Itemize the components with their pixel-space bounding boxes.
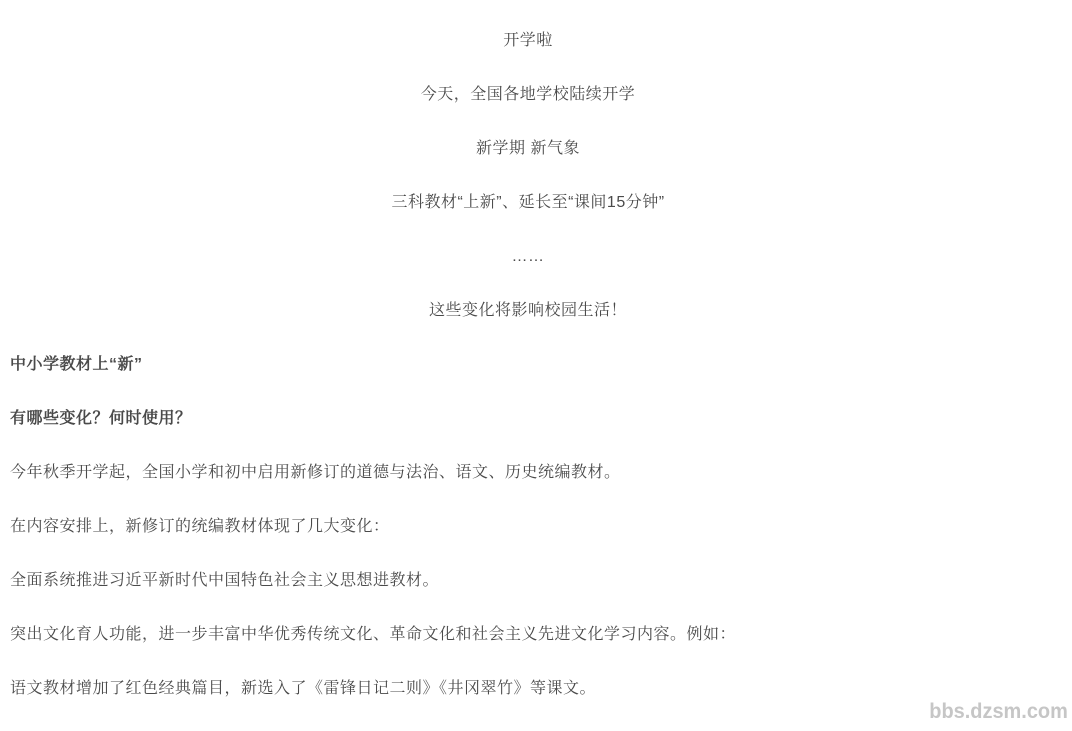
intro-line: 三科教材“上新”、延长至“课间15分钟” [10,191,1046,215]
body-paragraph: 语文教材增加了红色经典篇目，新选入了《雷锋日记二则》《井冈翠竹》等课文。 [10,677,1046,701]
site-watermark: bbs.dzsm.com [929,700,1068,724]
intro-line-ellipsis: …… [10,245,1046,269]
intro-line: 开学啦 [10,29,1046,53]
intro-line: 新学期 新气象 [10,137,1046,161]
section-heading: 有哪些变化？何时使用？ [10,407,1046,431]
article-body: 开学啦 今天，全国各地学校陆续开学 新学期 新气象 三科教材“上新”、延长至“课… [10,0,1046,701]
body-paragraph: 今年秋季开学起，全国小学和初中启用新修订的道德与法治、语文、历史统编教材。 [10,461,1046,485]
body-paragraph: 突出文化育人功能，进一步丰富中华优秀传统文化、革命文化和社会主义先进文化学习内容… [10,623,1046,647]
body-paragraph: 在内容安排上，新修订的统编教材体现了几大变化： [10,515,1046,539]
body-paragraph: 全面系统推进习近平新时代中国特色社会主义思想进教材。 [10,569,1046,593]
section-heading: 中小学教材上“新” [10,353,1046,377]
intro-line: 这些变化将影响校园生活！ [10,299,1046,323]
intro-line: 今天，全国各地学校陆续开学 [10,83,1046,107]
page: { "article": { "intro_lines": [ "开学啦", "… [0,0,1072,731]
